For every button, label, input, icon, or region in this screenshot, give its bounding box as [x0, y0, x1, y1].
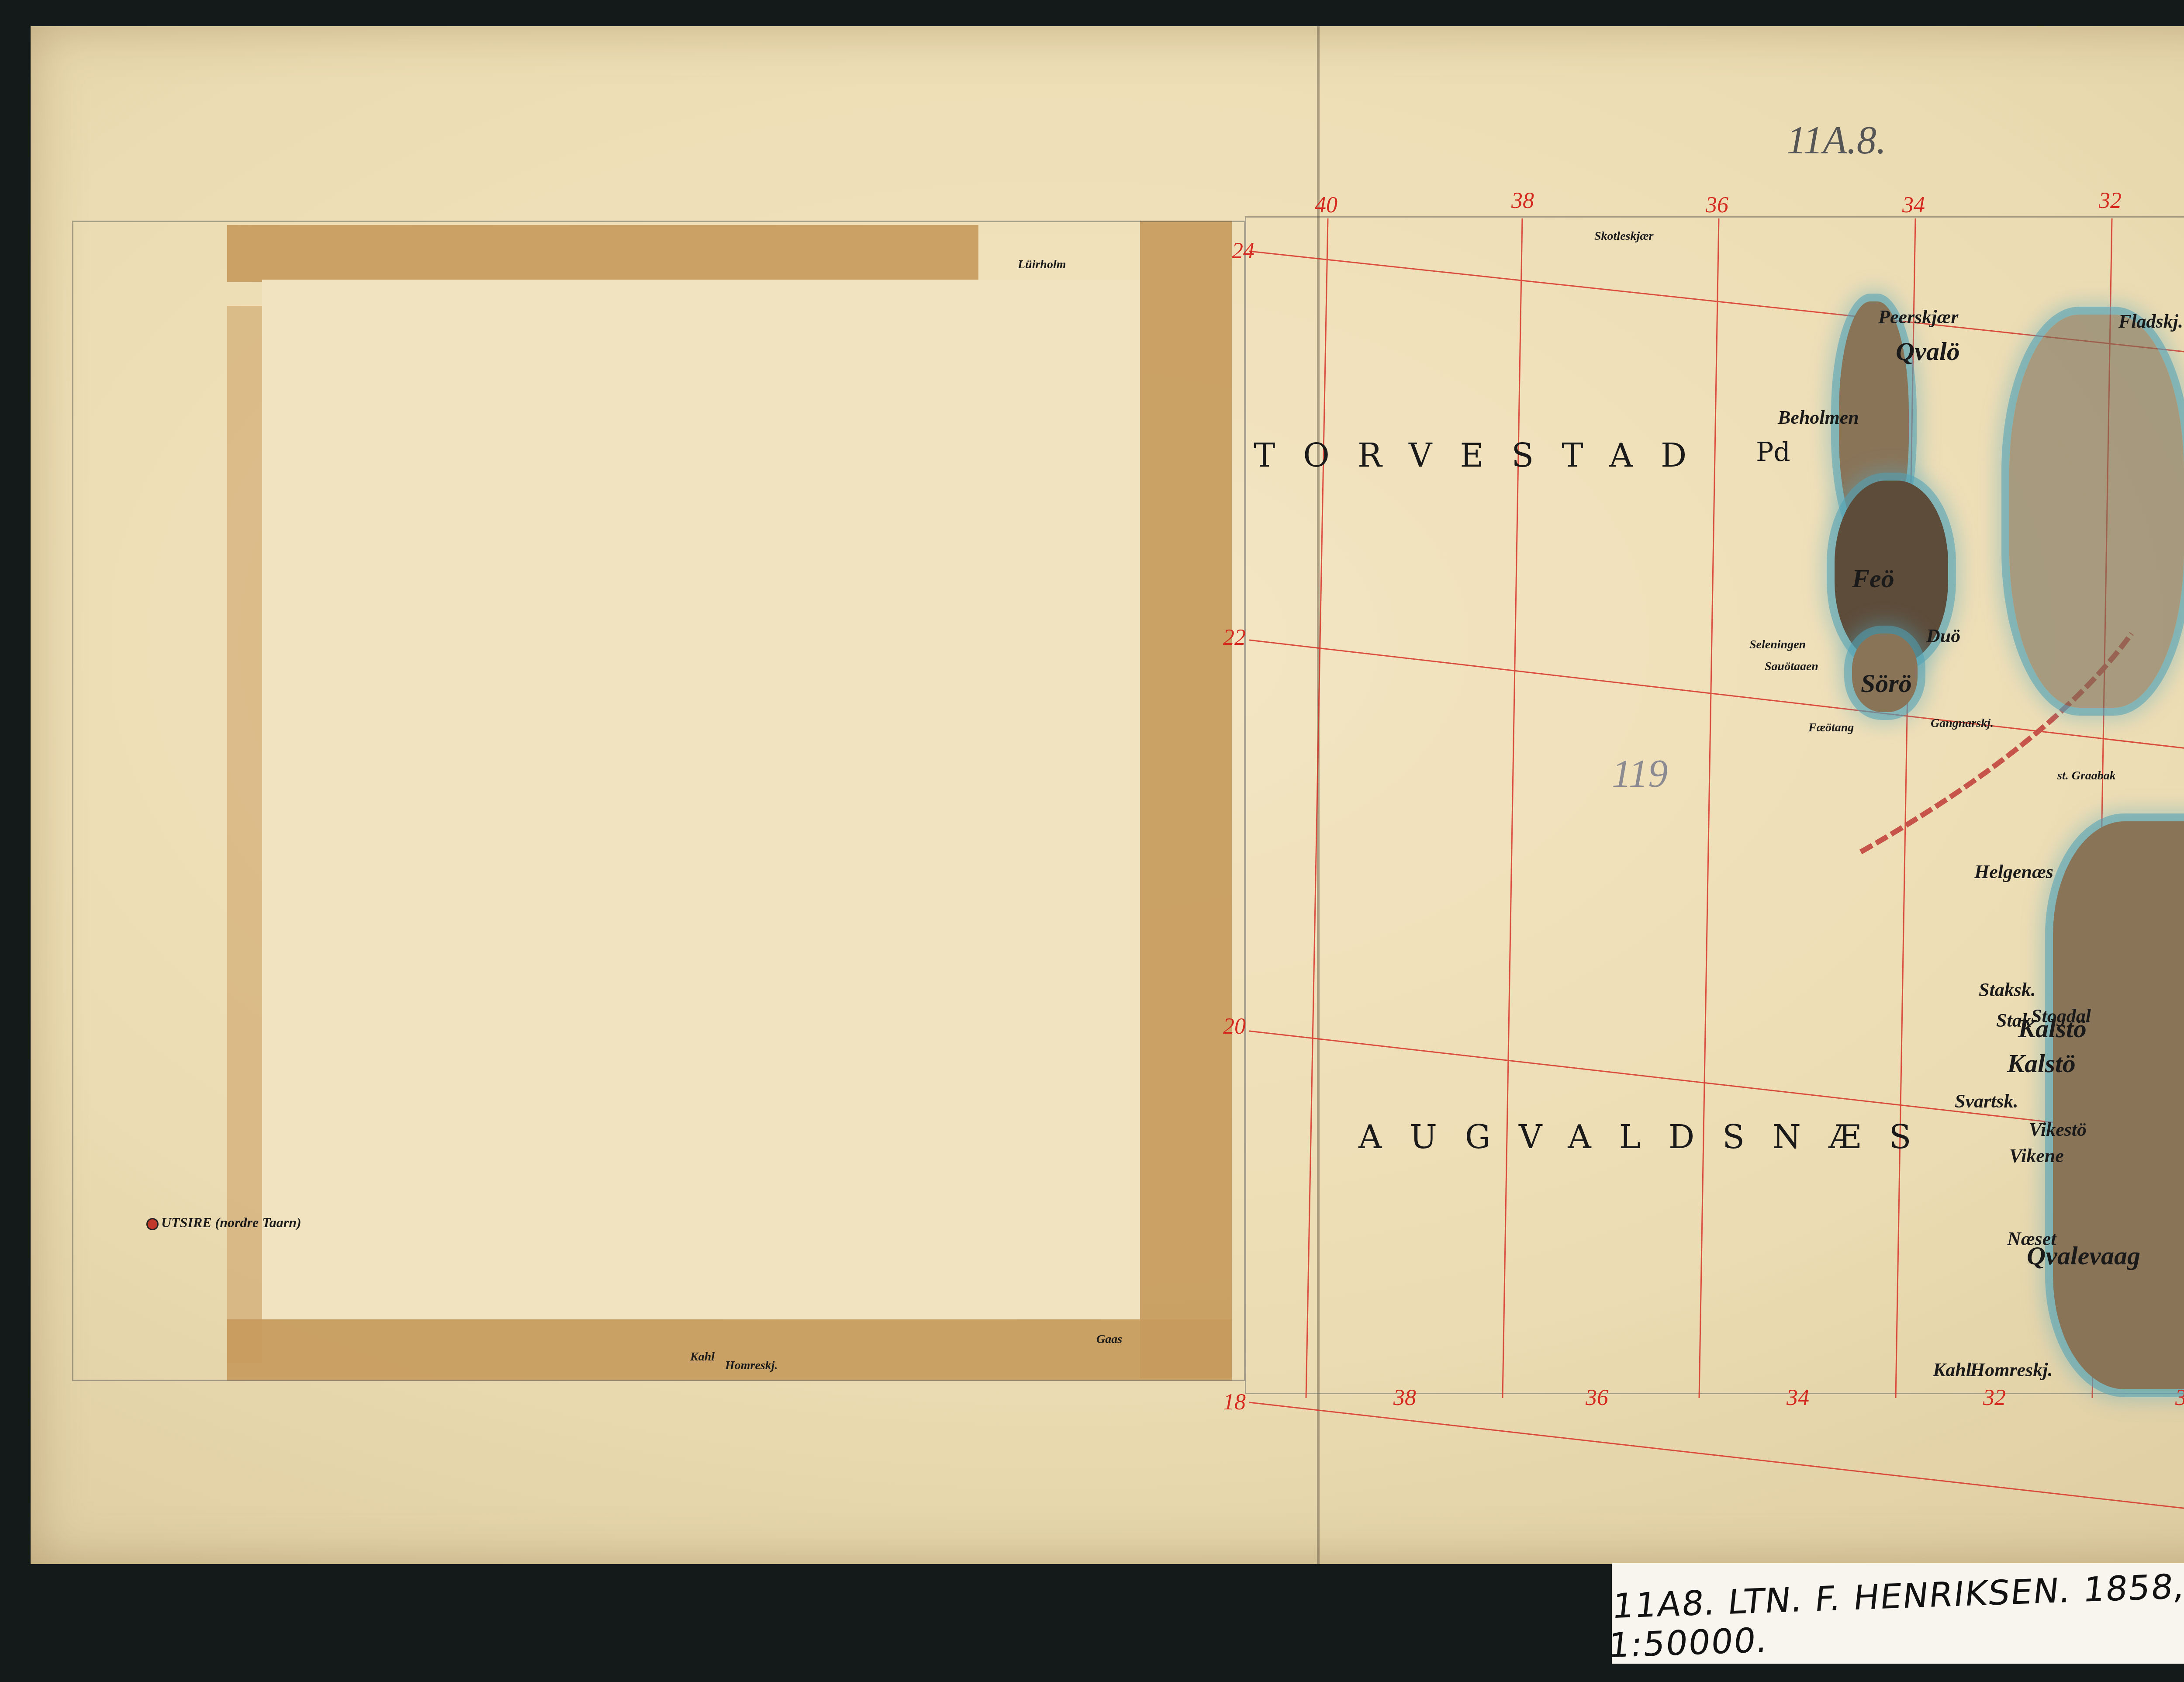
place-seleningen: Seleningen: [1749, 638, 1806, 652]
place-kahl-tape: Kahl: [690, 1350, 715, 1364]
place-peerskjaer: Peerskjær: [1878, 306, 1958, 328]
grid-top-32: 32: [2099, 188, 2122, 214]
place-duo: Duö: [1926, 625, 1960, 647]
place-staksk: Staksk.: [1979, 979, 2036, 1001]
place-kahl: Kahl: [1933, 1359, 1971, 1381]
place-laeirholm: Lüirholm: [1018, 258, 1066, 272]
trig-point-icon: [146, 1218, 159, 1230]
place-gangnarskj: Gangnarskj.: [1931, 716, 1994, 730]
grid-bottom-36: 36: [1586, 1385, 1608, 1411]
place-helgenaes: Helgenæs: [1974, 861, 2053, 883]
place-vikene: Vikene: [2009, 1145, 2064, 1167]
grid-top-34: 34: [1902, 192, 1925, 218]
grid-left-18: 18: [1223, 1389, 1246, 1415]
place-kalsto2: Kalstö: [2007, 1049, 2076, 1079]
mainland-south: [2053, 821, 2184, 1389]
place-fladskj: Fladskj.: [2118, 310, 2183, 332]
grid-bottom-32: 32: [1983, 1385, 2006, 1411]
island-skerries: [2009, 315, 2184, 708]
pencil-note: 119: [1612, 751, 1668, 796]
place-skotleskjaer: Skotleskjær: [1594, 229, 1653, 243]
place-feo: Feö: [1852, 564, 1894, 594]
grid-bottom-30: 30: [2175, 1385, 2184, 1411]
place-qvalevaag: Qvalevaag: [2027, 1241, 2140, 1271]
grid-left-22: 22: [1223, 625, 1246, 651]
place-stogdal: Stogdal: [2031, 1005, 2091, 1027]
archive-caption-label: 11A8. LTN. F. HENRIKSEN. 1858, 1:50000.: [1612, 1563, 2184, 1664]
grid-overlay: [0, 0, 2184, 1682]
place-qvalo: Qvalö: [1896, 336, 1960, 367]
place-homreskj-tape: Homreskj.: [725, 1359, 778, 1373]
region-torvestad: TORVESTAD: [1254, 437, 1714, 474]
trig-utsire: UTSIRE (nordre Taarn): [146, 1215, 301, 1231]
place-soro: Sörö: [1861, 668, 1912, 699]
place-svartsk: Svartsk.: [1955, 1090, 2018, 1112]
caption-text: 11A8. LTN. F. HENRIKSEN. 1858, 1:50000.: [1606, 1561, 2184, 1666]
region-torvestad-suffix: Pd: [1756, 437, 1790, 467]
place-gaas-tape: Gaas: [1096, 1332, 1122, 1346]
grid-bottom-34: 34: [1787, 1385, 1809, 1411]
grid-top-40: 40: [1315, 192, 1337, 218]
sheet-id-pencil: 11A.8.: [1787, 118, 1886, 163]
grid-left-24: 24: [1232, 238, 1254, 264]
region-augvaldsnaes: AUGVALDSNÆS: [1358, 1118, 1939, 1156]
place-homreskj: Homreskj.: [1970, 1359, 2053, 1381]
grid-top-36: 36: [1706, 192, 1728, 218]
grid-bottom-38: 38: [1393, 1385, 1416, 1411]
place-beholmen: Beholmen: [1778, 406, 1859, 429]
grid-left-20: 20: [1223, 1014, 1246, 1039]
place-faeotang: Fæötang: [1808, 721, 1854, 735]
place-sauotaaen: Sauötaaen: [1765, 660, 1818, 674]
grid-top-38: 38: [1511, 188, 1534, 214]
place-vikesto: Vikestö: [2029, 1118, 2087, 1141]
place-graabak: st. Graabak: [2057, 769, 2116, 783]
